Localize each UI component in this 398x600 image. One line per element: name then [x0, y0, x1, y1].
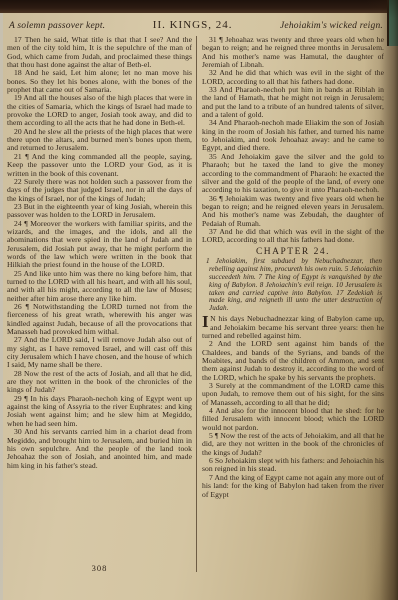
page-number: 308 — [7, 562, 192, 572]
verse-paragraph: 4 And also for the innocent blood that h… — [202, 407, 384, 432]
page-top-edge — [0, 0, 398, 13]
running-head-left: A solemn passover kept. — [9, 21, 105, 31]
verse-paragraph: IN his days Nebuchadnezzar king of Babyl… — [202, 315, 384, 340]
verse-paragraph: 30 And his servants carried him in a cha… — [7, 428, 192, 470]
drop-cap-letter: I — [202, 315, 210, 330]
chapter-heading: CHAPTER 24. — [202, 248, 384, 256]
verse-paragraph: 31 ¶ Jehoahaz was twenty and three years… — [202, 36, 384, 69]
verse-paragraph: 5 ¶ Now the rest of the acts of Jehoiaki… — [202, 432, 384, 457]
verse-paragraph: 21 ¶ And the king commanded all the peop… — [7, 153, 192, 178]
verse-text: N his days Nebuchadnezzar king of Babylo… — [202, 314, 384, 340]
book-page-photo: A solemn passover kept. II. KINGS, 24. J… — [0, 0, 398, 600]
page-left-edge — [0, 0, 3, 600]
verse-paragraph: 3 Surely at the commandment of the LORD … — [202, 382, 384, 407]
verse-paragraph: 6 So Jehoiakim slept with his fathers: a… — [202, 457, 384, 474]
verse-paragraph: 35 And Jehoiakim gave the silver and the… — [202, 153, 384, 195]
book-cover-corner — [387, 0, 398, 46]
verse-paragraph: 20 And he slew all the priests of the hi… — [7, 128, 192, 153]
verse-paragraph: 34 And Pharaoh-nechoh made Eliakim the s… — [202, 119, 384, 152]
verse-paragraph: 26 ¶ Notwithstanding the LORD turned not… — [7, 303, 192, 336]
running-head-right: Jehoiakim's wicked reign. — [280, 21, 383, 31]
verse-paragraph: 18 And he said, Let him alone; let no ma… — [7, 69, 192, 94]
verse-paragraph: 29 ¶ In his days Pharaoh-nechoh king of … — [7, 395, 192, 428]
verse-paragraph: 24 ¶ Moreover the workers with familiar … — [7, 220, 192, 270]
chapter-summary: 1 Jehoiakim, first subdued by Nebuchadne… — [202, 258, 384, 313]
verse-paragraph: 32 And he did that which was evil in the… — [202, 69, 384, 86]
left-column: 17 Then he said, What title is that that… — [7, 36, 196, 572]
verse-paragraph: 33 And Pharaoh-nechoh put him in bands a… — [202, 86, 384, 119]
verse-paragraph: 17 Then he said, What title is that that… — [7, 36, 192, 69]
verse-paragraph: 7 And the king of Egypt came not again a… — [202, 474, 384, 499]
verse-paragraph: 23 But in the eighteenth year of king Jo… — [7, 203, 192, 220]
verse-paragraph: 19 And all the houses also of the high p… — [7, 94, 192, 127]
page-content: A solemn passover kept. II. KINGS, 24. J… — [7, 17, 387, 595]
right-column: 31 ¶ Jehoahaz was twenty and three years… — [196, 36, 384, 572]
running-head-title: II. KINGS, 24. — [153, 19, 233, 31]
verse-paragraph: 27 And the LORD said, I will remove Juda… — [7, 336, 192, 369]
verse-paragraph: 25 And like unto him was there no king b… — [7, 270, 192, 303]
text-columns: 17 Then he said, What title is that that… — [7, 36, 387, 572]
verse-paragraph: 37 And he did that which was evil in the… — [202, 228, 384, 245]
verse-paragraph: 36 ¶ Jehoiakim was twenty and five years… — [202, 195, 384, 228]
running-head: A solemn passover kept. II. KINGS, 24. J… — [7, 17, 387, 34]
verse-paragraph: 22 Surely there was not holden such a pa… — [7, 178, 192, 203]
verse-paragraph: 28 Now the rest of the acts of Josiah, a… — [7, 370, 192, 395]
verse-paragraph: 2 And the LORD sent against him bands of… — [202, 340, 384, 382]
